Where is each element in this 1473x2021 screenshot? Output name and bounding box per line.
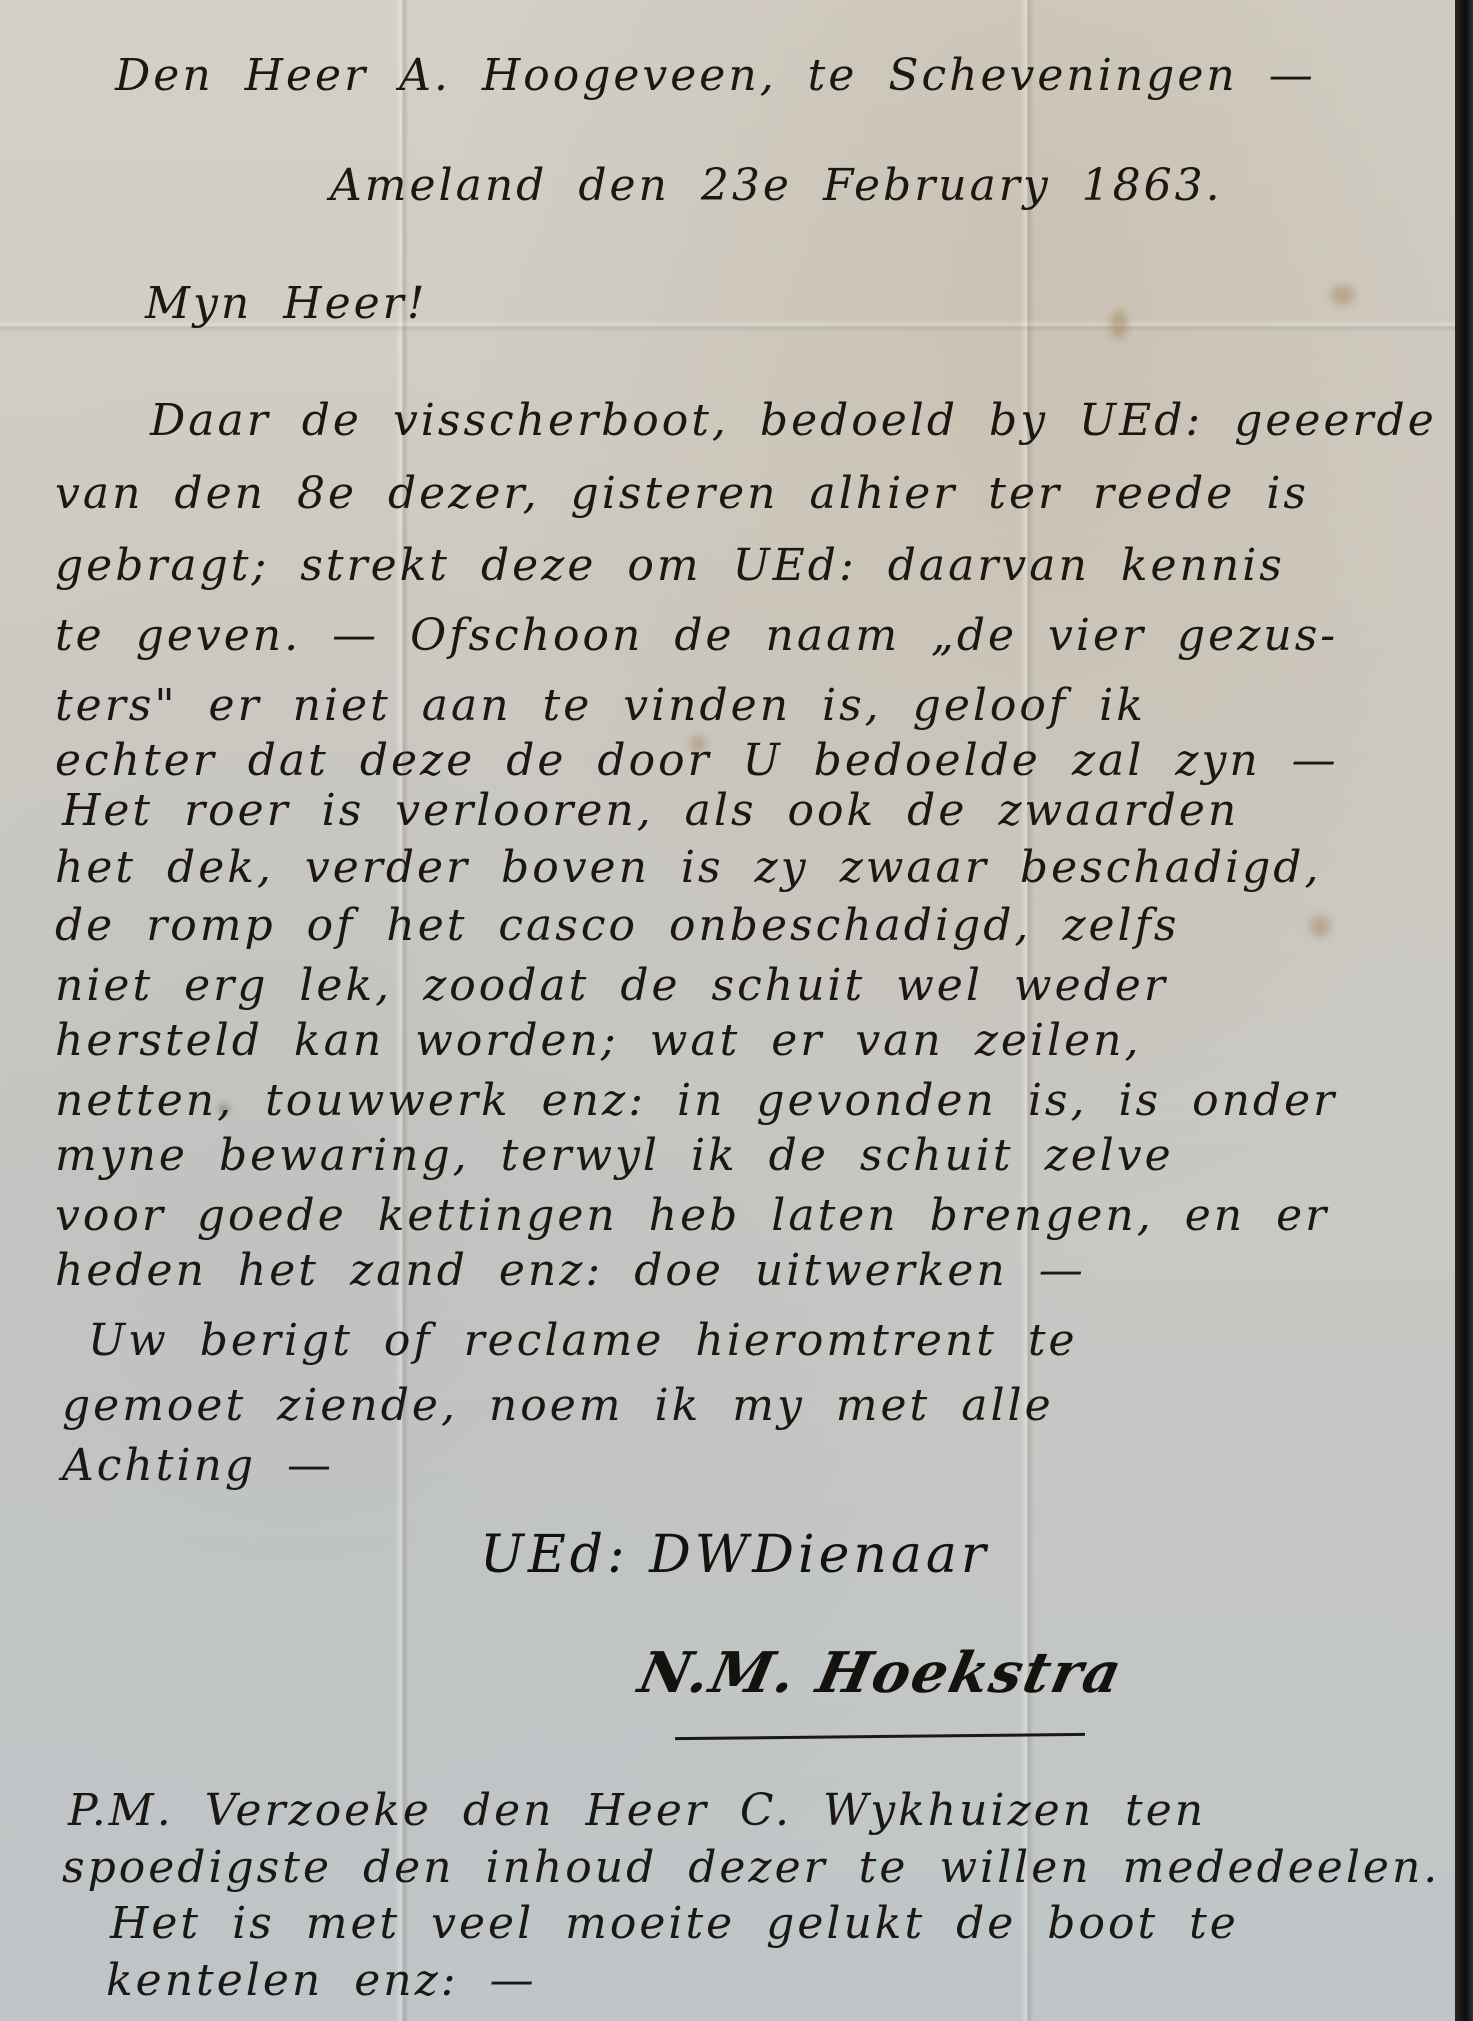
salutation: Myn Heer!: [145, 278, 427, 329]
body-line: Daar de visscherboot, bedoeld by UEd: ge…: [150, 395, 1437, 446]
body-line: gemoet ziende, noem ik my met alle: [62, 1380, 1054, 1431]
body-line: hersteld kan worden; wat er van zeilen,: [55, 1015, 1141, 1066]
body-line: van den 8e dezer, gisteren alhier ter re…: [55, 468, 1309, 519]
body-line: te geven. — Ofschoon de naam „de vier ge…: [55, 610, 1338, 661]
body-line: Uw berigt of reclame hieromtrent te: [88, 1315, 1078, 1366]
body-line: gebragt; strekt deze om UEd: daarvan ken…: [55, 540, 1285, 591]
body-line: netten, touwwerk enz: in gevonden is, is…: [55, 1075, 1337, 1126]
postscript-line: spoedigste den inhoud dezer te willen me…: [62, 1842, 1473, 1893]
scan-edge: [1455, 0, 1473, 2021]
postscript-line: kentelen enz: —: [106, 1955, 537, 2006]
body-line: myne bewaring, terwyl ik de schuit zelve: [55, 1130, 1174, 1181]
body-line: de romp of het casco onbeschadigd, zelfs: [55, 900, 1180, 951]
body-line: het dek, verder boven is zy zwaar bescha…: [55, 842, 1321, 893]
body-line: heden het zand enz: doe uitwerken —: [55, 1245, 1086, 1296]
body-line: Het roer is verlooren, als ook de zwaard…: [62, 785, 1239, 836]
signature: N.M. Hoekstra: [633, 1640, 1129, 1706]
ink-stain: [1310, 915, 1330, 937]
address-line: Den Heer A. Hoogeveen, te Scheveningen —: [115, 50, 1316, 101]
letter-paper: Den Heer A. Hoogeveen, te Scheveningen —…: [0, 0, 1455, 2021]
body-line: echter dat deze de door U bedoelde zal z…: [55, 735, 1339, 786]
ink-stain: [1110, 310, 1128, 340]
body-line: niet erg lek, zoodat de schuit wel weder: [55, 960, 1168, 1011]
ink-stain: [1330, 285, 1355, 305]
closing: UEd: DWDienaar: [480, 1525, 990, 1585]
body-line: voor goede kettingen heb laten brengen, …: [55, 1190, 1329, 1241]
postscript-line: Het is met veel moeite gelukt de boot te: [110, 1898, 1239, 1949]
body-line: Achting —: [62, 1440, 334, 1491]
body-line: ters" er niet aan te vinden is, geloof i…: [55, 680, 1146, 731]
postscript-line: P.M. Verzoeke den Heer C. Wykhuizen ten: [68, 1785, 1206, 1836]
place-date: Ameland den 23e February 1863.: [330, 160, 1223, 211]
